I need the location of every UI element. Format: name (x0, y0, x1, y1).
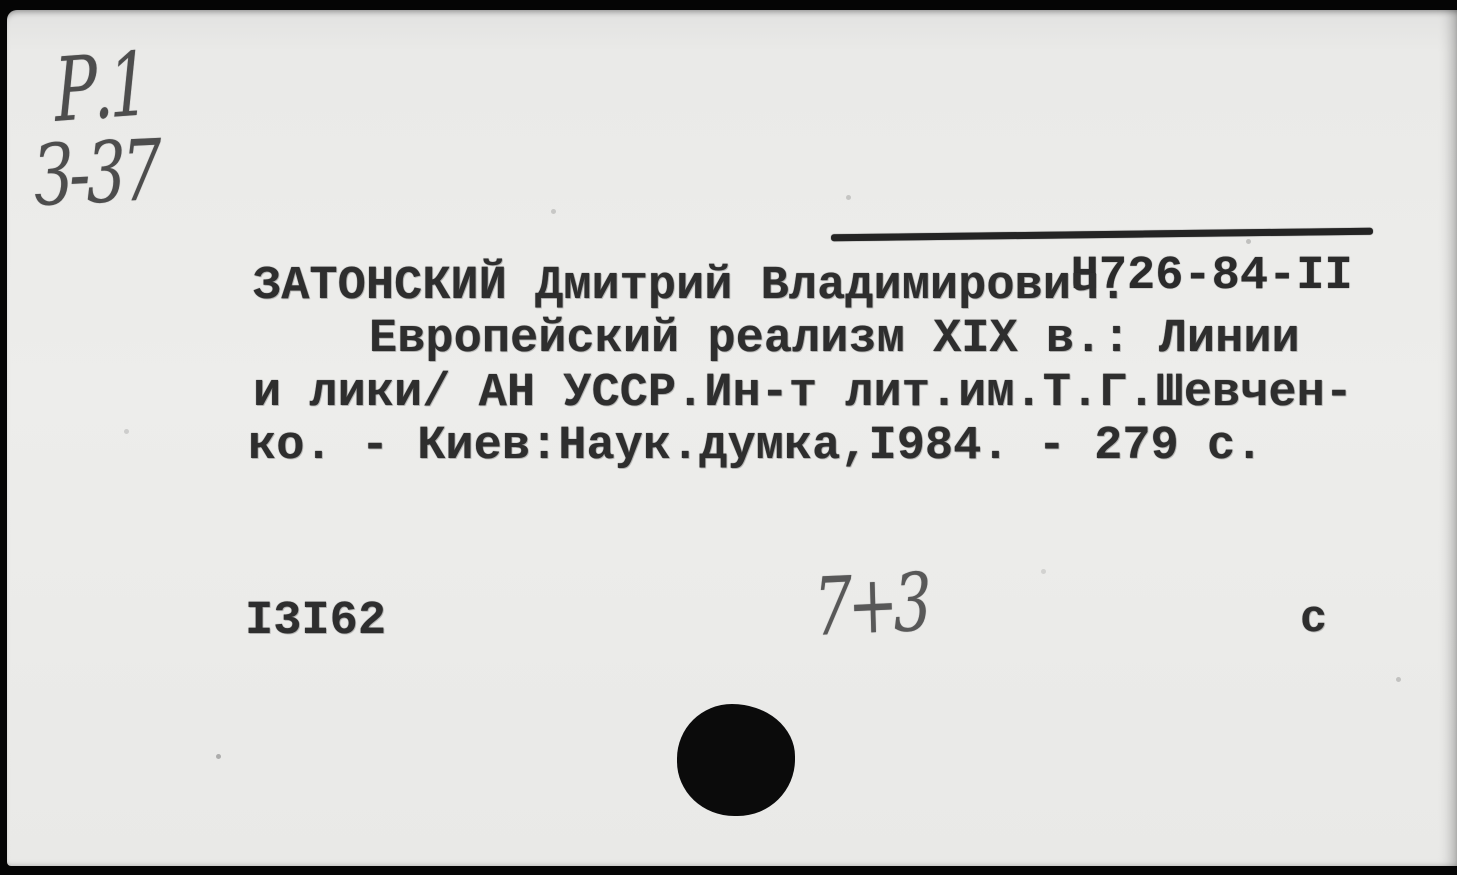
card-scan-surface: Р.1 З-37 Н726-84-II ЗАТОНСКИЙ Дмитрий Вл… (7, 10, 1457, 866)
strikethrough-line (831, 228, 1373, 242)
handwritten-note: 7+3 (813, 561, 928, 650)
scanned-catalog-card-page: Р.1 З-37 Н726-84-II ЗАТОНСКИЙ Дмитрий Вл… (0, 0, 1457, 875)
category-letter: с (1300, 596, 1327, 643)
entry-title-continuation-line: и лики/ АН УССР.Ин-т лит.им.Т.Г.Шевчен- (253, 370, 1353, 417)
handwritten-shelf-mark-line2: З-37 (33, 126, 159, 220)
catalog-card: Р.1 З-37 Н726-84-II ЗАТОНСКИЙ Дмитрий Вл… (7, 10, 1457, 866)
punch-hole-dot (677, 704, 795, 816)
entry-imprint-line: ко. - Киев:Наук.думка,I984. - 279 с. (248, 423, 1263, 470)
accession-number: I3I62 (245, 598, 386, 645)
entry-author-line: ЗАТОНСКИЙ Дмитрий Владимирович. (253, 263, 1127, 310)
scan-speckles (7, 10, 10, 13)
entry-title-line: Европейский реализм XIX в.: Линии (369, 316, 1300, 363)
